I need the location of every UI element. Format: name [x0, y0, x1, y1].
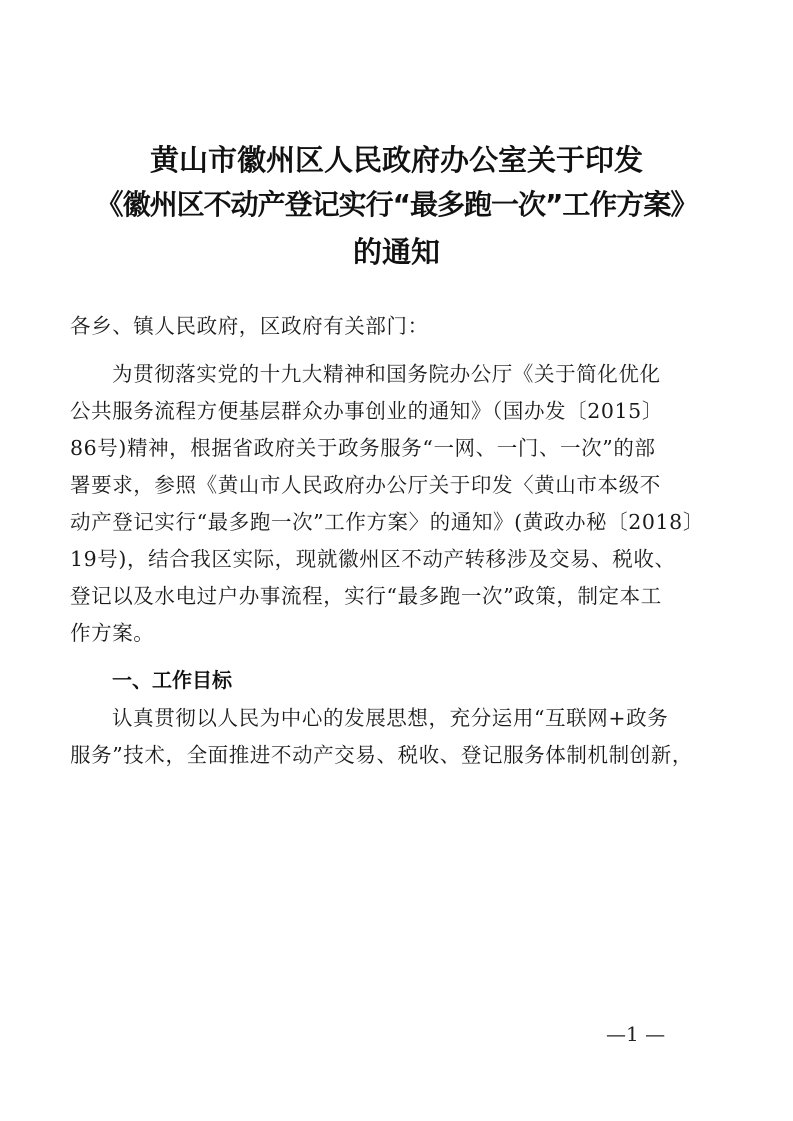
body-line: 为贯彻落实党的十九大精神和国务院办公厅《关于简化优化: [112, 360, 762, 388]
body-line: 作方案。: [70, 619, 720, 647]
section-line: 认真贯彻以人民为中心的发展思想，充分运用“互联网+政务: [112, 704, 762, 732]
body-line: 登记以及水电过户办事流程，实行“最多跑一次”政策，制定本工: [70, 582, 720, 610]
section-heading: 一、工作目标: [112, 666, 232, 694]
body-line: 公共服务流程方便基层群众办事创业的通知》（国办发〔2015〕: [70, 397, 720, 425]
title-line-1: 黄山市徽州区人民政府办公室关于印发: [60, 138, 733, 179]
page-number: —1 —: [606, 1022, 665, 1046]
title-line-2: 《徽州区不动产登记实行“最多跑一次”工作方案》: [40, 183, 753, 223]
body-line: 动产登记实行“最多跑一次”工作方案〉的通知》(黄政办秘〔2018〕: [70, 508, 720, 536]
body-line: 86号)精神，根据省政府关于政务服务“一网、一门、一次”的部: [70, 434, 720, 462]
body-line: 19号)，结合我区实际，现就徽州区不动产转移涉及交易、税收、: [70, 545, 720, 573]
salutation: 各乡、镇人民政府，区政府有关部门：: [70, 312, 720, 340]
body-line: 署要求，参照《黄山市人民政府办公厅关于印发〈黄山市本级不: [70, 471, 720, 499]
section-line: 服务”技术，全面推进不动产交易、税收、登记服务体制机制创新，: [70, 741, 720, 769]
document-page: 黄山市徽州区人民政府办公室关于印发 《徽州区不动产登记实行“最多跑一次”工作方案…: [0, 0, 793, 1121]
title-line-3: 的通知: [60, 230, 733, 271]
